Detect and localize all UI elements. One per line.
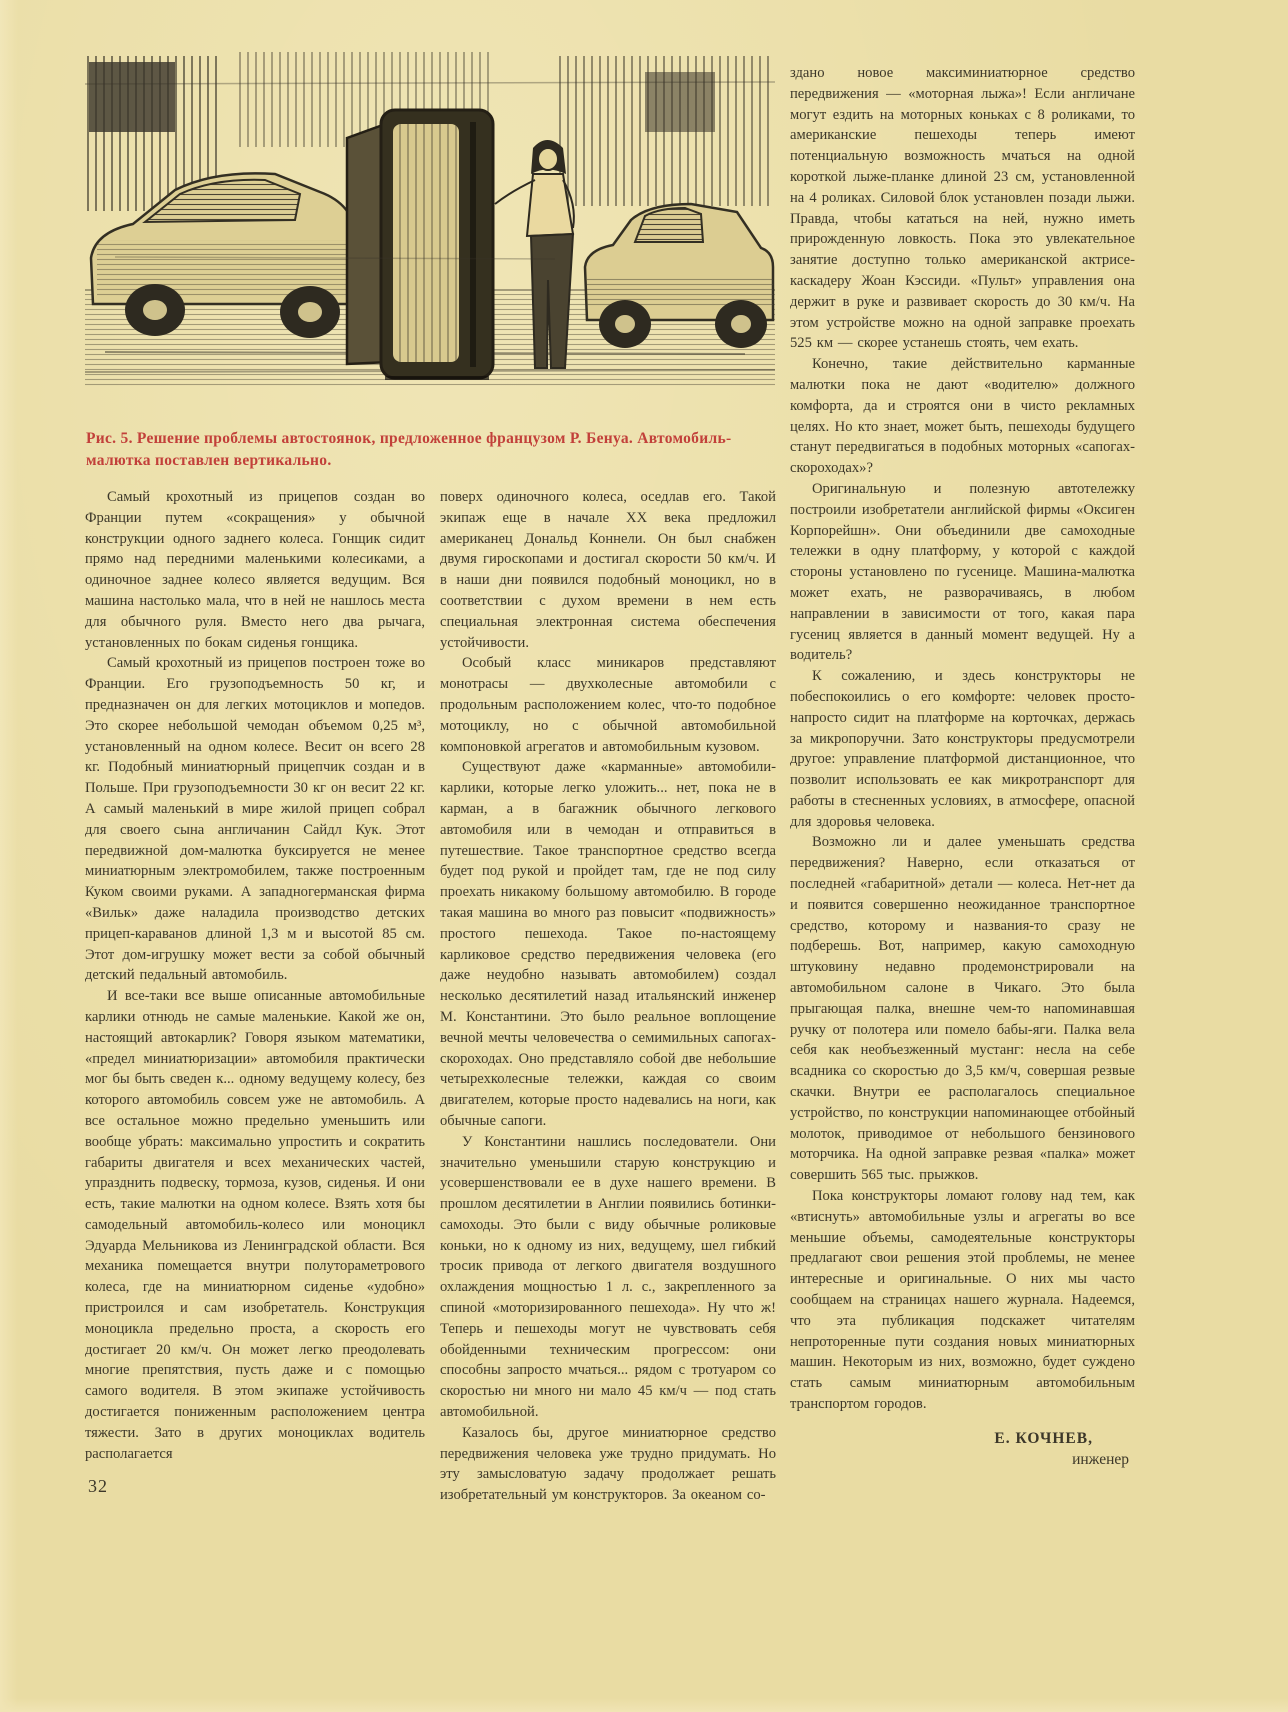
vertical-car-parking-drawing-icon — [85, 52, 775, 387]
paragraph-col3-2: Конечно, такие действительно карманные м… — [790, 354, 1135, 479]
author-name: Е. КОЧНЕВ, — [815, 1428, 1135, 1449]
paragraph-col3-3: Оригинальную и полезную автотележку пост… — [790, 479, 1135, 666]
text-column-1: Самый крохотный из прицепов создан во Фр… — [85, 487, 425, 1492]
paragraph-col3-4: К сожалению, и здесь конструкторы не поб… — [790, 666, 1135, 832]
author-title: инженер — [815, 1449, 1135, 1470]
paragraph-col2-4: У Константини нашлись последователи. Они… — [440, 1132, 776, 1423]
figure-caption: Рис. 5. Решение проблемы автостоянок, пр… — [86, 428, 786, 471]
magazine-page: Рис. 5. Решение проблемы автостоянок, пр… — [0, 0, 1288, 1712]
paragraph-col2-2: Особый класс миникаров представляют моно… — [440, 653, 776, 757]
paragraph-col2-1: поверх одиночного колеса, оседлав его. Т… — [440, 487, 776, 653]
paragraph-col3-1: здано новое максиминиатюрное средство пе… — [790, 63, 1135, 354]
page-number: 32 — [88, 1476, 108, 1497]
text-column-3: здано новое максиминиатюрное средство пе… — [790, 63, 1135, 1423]
paragraph-col2-3: Существуют даже «карманные» автомобили-к… — [440, 757, 776, 1131]
paragraph-col1-1: Самый крохотный из прицепов создан во Фр… — [85, 487, 425, 653]
author-signature: Е. КОЧНЕВ, инженер — [815, 1428, 1135, 1470]
paragraph-col3-6: Пока конструкторы ломают голову над тем,… — [790, 1186, 1135, 1415]
paragraph-col2-5: Казалось бы, другое миниатюрное средство… — [440, 1423, 776, 1506]
text-column-2: поверх одиночного колеса, оседлав его. Т… — [440, 487, 776, 1492]
figure-illustration — [85, 52, 775, 392]
paragraph-col1-3: И все-таки все выше описанные автомобиль… — [85, 986, 425, 1464]
paragraph-col3-5: Возможно ли и далее уменьшать средства п… — [790, 832, 1135, 1186]
paragraph-col1-2: Самый крохотный из прицепов построен тож… — [85, 653, 425, 986]
